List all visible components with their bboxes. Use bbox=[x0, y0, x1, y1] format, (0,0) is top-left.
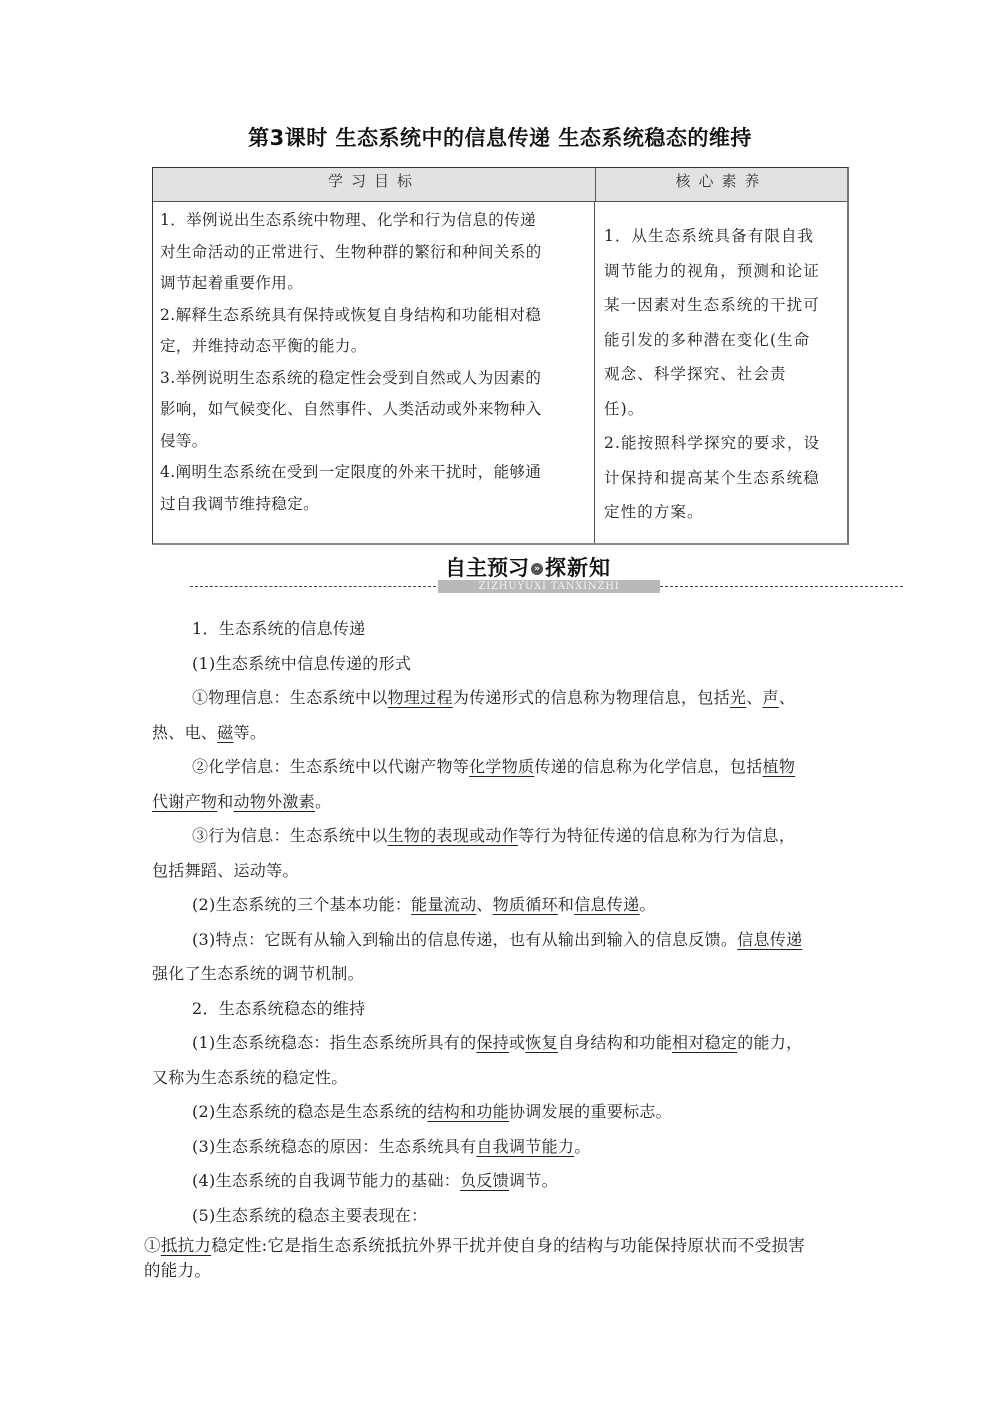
paragraph-chemical-info: ②化学信息：生态系统中以代谢产物等化学物质传递的信息称为化学信息，包括植物 bbox=[152, 750, 852, 785]
underlined-term: 代谢产物 bbox=[152, 792, 217, 811]
paragraph-physical-info: ①物理信息：生态系统中以物理过程为传递形式的信息称为物理信息，包括光、声、 bbox=[152, 681, 852, 716]
goal-line: 4.阐明生态系统在受到一定限度的外来干扰时，能够通 bbox=[160, 457, 588, 489]
underlined-term: 物质循环 bbox=[493, 895, 558, 914]
text: 或 bbox=[509, 1033, 525, 1052]
paragraph-manifest: (5)生态系统的稳态主要表现在： bbox=[152, 1199, 852, 1234]
learning-goals-table: 学习目标 核心素养 1．举例说出生态系统中物理、化学和行为信息的传递 对生命活动… bbox=[152, 167, 849, 545]
dashed-divider-left bbox=[190, 586, 436, 587]
paragraph-basis: (4)生态系统的自我调节能力的基础：负反馈调节。 bbox=[152, 1164, 852, 1199]
text: (1)生态系统稳态：指生态系统所具有的 bbox=[192, 1033, 476, 1052]
text: 、 bbox=[746, 688, 762, 707]
text: ① bbox=[144, 1236, 161, 1255]
paragraph-homeostasis: (1)生态系统稳态：指生态系统所具有的保持或恢复自身结构和功能相对稳定的能力， bbox=[152, 1026, 852, 1061]
paragraph-functions: (2)生态系统的三个基本功能：能量流动、物质循环和信息传递。 bbox=[152, 888, 852, 923]
paragraph-feature-cont: 强化了生态系统的调节机制。 bbox=[152, 957, 852, 992]
text: (2)生态系统的三个基本功能： bbox=[192, 895, 411, 914]
text: 和 bbox=[217, 792, 233, 811]
text: 。 bbox=[315, 792, 331, 811]
body-content: 1．生态系统的信息传递 (1)生态系统中信息传递的形式 ①物理信息：生态系统中以… bbox=[152, 612, 852, 1233]
paragraph-resistance-cont: 的能力。 bbox=[144, 1258, 864, 1283]
paragraph-reason: (3)生态系统稳态的原因：生态系统具有自我调节能力。 bbox=[152, 1130, 852, 1165]
subsection-heading: (1)生态系统中信息传递的形式 bbox=[152, 647, 852, 682]
underlined-term: 化学物质 bbox=[469, 757, 534, 776]
text: 调节。 bbox=[509, 1171, 558, 1190]
literacy-line: 1．从生态系统具备有限自我 bbox=[604, 219, 841, 254]
underlined-term: 植物 bbox=[763, 757, 796, 776]
underlined-term: 负反馈 bbox=[460, 1171, 509, 1190]
underlined-term: 结构和功能 bbox=[427, 1102, 509, 1121]
underlined-term: 抵抗力 bbox=[161, 1236, 211, 1255]
double-chevron-icon: » bbox=[531, 563, 543, 575]
literacy-line: 2.能按照科学探究的要求，设 bbox=[604, 426, 841, 461]
paragraph-sign: (2)生态系统的稳态是生态系统的结构和功能协调发展的重要标志。 bbox=[152, 1095, 852, 1130]
paragraph-resistance: ①抵抗力稳定性:它是指生态系统抵抗外界干扰并使自身的结构与功能保持原状而不受损害 bbox=[144, 1233, 864, 1258]
goal-line: 对生命活动的正常进行、生物种群的繁衍和种间关系的 bbox=[160, 237, 588, 269]
section-heading: 2．生态系统稳态的维持 bbox=[152, 992, 852, 1027]
underlined-term: 恢复 bbox=[525, 1033, 558, 1052]
banner-title: 自主预习»探新知 bbox=[445, 552, 655, 578]
text: 等。 bbox=[234, 723, 267, 742]
header-learning-goals: 学习目标 bbox=[153, 168, 596, 201]
banner-pinyin: ZIZHUYUXI TANXINZHI bbox=[438, 580, 660, 593]
page-title: 第3课时 生态系统中的信息传递 生态系统稳态的维持 bbox=[0, 122, 1000, 152]
underlined-term: 相对稳定 bbox=[672, 1033, 737, 1052]
text: 。 bbox=[639, 895, 655, 914]
underlined-term: 信息传递 bbox=[737, 930, 802, 949]
text: 热、电、 bbox=[152, 723, 217, 742]
learning-goals-cell: 1．举例说出生态系统中物理、化学和行为信息的传递 对生命活动的正常进行、生物种群… bbox=[153, 202, 595, 543]
text: 为传递形式的信息称为物理信息，包括 bbox=[453, 688, 730, 707]
section-heading: 1．生态系统的信息传递 bbox=[152, 612, 852, 647]
paragraph-behavioral-info: ③行为信息：生态系统中以生物的表现或动作等行为特征传递的信息称为行为信息， bbox=[152, 819, 852, 854]
text: 稳定性:它是指生态系统抵抗外界干扰并使自身的结构与功能保持原状而不受损害 bbox=[211, 1236, 805, 1255]
text: 、 bbox=[779, 688, 795, 707]
literacy-line: 调节能力的视角，预测和论证 bbox=[604, 254, 841, 289]
table-header-row: 学习目标 核心素养 bbox=[153, 168, 847, 202]
underlined-term: 动物外激素 bbox=[234, 792, 316, 811]
paragraph-physical-info-cont: 热、电、磁等。 bbox=[152, 716, 852, 751]
underlined-term: 信息传递 bbox=[574, 895, 639, 914]
underlined-term: 保持 bbox=[476, 1033, 509, 1052]
underlined-term: 磁 bbox=[217, 723, 233, 742]
text: ②化学信息：生态系统中以代谢产物等 bbox=[192, 757, 469, 776]
underlined-term: 自我调节能力 bbox=[476, 1137, 574, 1156]
text: 。 bbox=[574, 1137, 590, 1156]
text: 协调发展的重要标志。 bbox=[509, 1102, 672, 1121]
header-core-literacy: 核心素养 bbox=[596, 168, 847, 201]
text: 传递的信息称为化学信息，包括 bbox=[534, 757, 762, 776]
paragraph-behavioral-info-cont: 包括舞蹈、运动等。 bbox=[152, 854, 852, 889]
literacy-line: 定性的方案。 bbox=[604, 495, 841, 530]
text: (4)生态系统的自我调节能力的基础： bbox=[192, 1171, 460, 1190]
underlined-term: 生物的表现或动作 bbox=[388, 826, 518, 845]
underlined-term: 声 bbox=[763, 688, 779, 707]
paragraph-resistance-block: ①抵抗力稳定性:它是指生态系统抵抗外界干扰并使自身的结构与功能保持原状而不受损害… bbox=[144, 1233, 864, 1283]
goal-line: 影响，如气候变化、自然事件、人类活动或外来物种入 bbox=[160, 394, 588, 426]
text: 和 bbox=[558, 895, 574, 914]
paragraph-chemical-info-cont: 代谢产物和动物外激素。 bbox=[152, 785, 852, 820]
banner-part2: 探新知 bbox=[545, 556, 611, 580]
goal-line: 3.举例说明生态系统的稳定性会受到自然或人为因素的 bbox=[160, 363, 588, 395]
paragraph-homeostasis-cont: 又称为生态系统的稳定性。 bbox=[152, 1061, 852, 1096]
goal-line: 定，并维持动态平衡的能力。 bbox=[160, 331, 588, 363]
text: ③行为信息：生态系统中以 bbox=[192, 826, 388, 845]
goal-line: 2.解释生态系统具有保持或恢复自身结构和功能相对稳 bbox=[160, 300, 588, 332]
text: 等行为特征传递的信息称为行为信息， bbox=[518, 826, 795, 845]
text: ①物理信息：生态系统中以 bbox=[192, 688, 388, 707]
literacy-line: 任)。 bbox=[604, 392, 841, 427]
text: 的能力， bbox=[737, 1033, 802, 1052]
literacy-line: 计保持和提高某个生态系统稳 bbox=[604, 461, 841, 496]
text: 、 bbox=[476, 895, 492, 914]
banner-part1: 自主预习 bbox=[445, 556, 529, 580]
goal-line: 过自我调节维持稳定。 bbox=[160, 489, 588, 521]
text: (3)特点：它既有从输入到输出的信息传递，也有从输出到输入的信息反馈。 bbox=[192, 930, 737, 949]
text: (2)生态系统的稳态是生态系统的 bbox=[192, 1102, 427, 1121]
dashed-divider-right bbox=[660, 586, 903, 587]
literacy-line: 能引发的多种潜在变化(生命 bbox=[604, 323, 841, 358]
goal-line: 调节起着重要作用。 bbox=[160, 268, 588, 300]
text: (3)生态系统稳态的原因：生态系统具有 bbox=[192, 1137, 476, 1156]
core-literacy-cell: 1．从生态系统具备有限自我 调节能力的视角，预测和论证 某一因素对生态系统的干扰… bbox=[596, 202, 847, 543]
underlined-term: 能量流动 bbox=[411, 895, 476, 914]
paragraph-feature: (3)特点：它既有从输入到输出的信息传递，也有从输出到输入的信息反馈。信息传递 bbox=[152, 923, 852, 958]
underlined-term: 物理过程 bbox=[388, 688, 453, 707]
underlined-term: 光 bbox=[730, 688, 746, 707]
literacy-line: 观念、科学探究、社会责 bbox=[604, 357, 841, 392]
goal-line: 侵等。 bbox=[160, 426, 588, 458]
section-banner: 自主预习»探新知 ZIZHUYUXI TANXINZHI bbox=[0, 548, 1000, 598]
text: 自身结构和功能 bbox=[558, 1033, 672, 1052]
goal-line: 1．举例说出生态系统中物理、化学和行为信息的传递 bbox=[160, 205, 588, 237]
literacy-line: 某一因素对生态系统的干扰可 bbox=[604, 288, 841, 323]
